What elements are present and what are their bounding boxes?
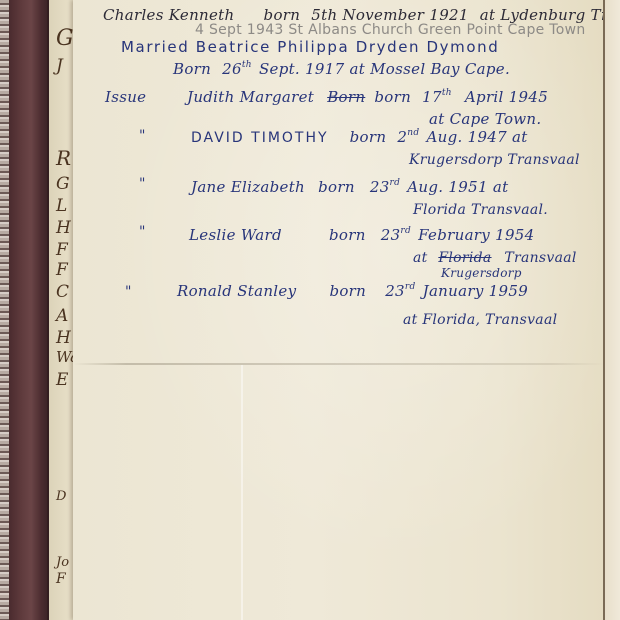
child-entry-4: Leslie Ward born 23rd February 1954: [189, 226, 535, 244]
marriage-line: Married Beatrice Philippa Dryden Dymond: [121, 38, 499, 56]
day-suffix: rd: [400, 226, 411, 236]
day: 23: [381, 226, 401, 244]
script-letter: C: [56, 284, 69, 301]
day: 26: [222, 60, 242, 78]
child-entry-2: DAVID TIMOTHY born 2nd Aug. 1947 at: [191, 128, 528, 146]
script-letter: E: [56, 372, 68, 389]
day-suffix: rd: [405, 282, 416, 292]
script-letter: G: [56, 28, 74, 50]
facing-page-edge: [605, 0, 620, 620]
script-letter: G: [56, 176, 70, 193]
marriage-pencil-note: 4 Sept 1943 St Albans Church Green Point…: [195, 22, 586, 38]
script-letter: F: [56, 572, 66, 586]
script-letter: J: [56, 58, 63, 75]
child-entry-5: Ronald Stanley born 23rd January 1959: [177, 282, 528, 300]
child-name: Ronald Stanley: [177, 282, 296, 300]
born-label: born: [350, 128, 387, 146]
ditto-mark: ": [139, 176, 146, 192]
spouse-birth-details: Sept. 1917 at Mossel Bay Cape.: [259, 60, 510, 78]
script-letter: H: [56, 330, 71, 347]
day: 23: [385, 282, 405, 300]
struck-word: Born: [327, 88, 365, 106]
day: 2: [397, 128, 407, 146]
fold-crease-horizontal: [73, 363, 605, 365]
child-1-place: at Cape Town.: [429, 110, 541, 128]
script-letter: D: [56, 490, 66, 503]
place-prefix: at: [413, 250, 428, 266]
born-label: born: [329, 226, 366, 244]
day-suffix: rd: [390, 178, 401, 188]
ditto-mark: ": [139, 224, 146, 240]
birth-place: Transvaal: [504, 250, 576, 266]
birth-date: February 1954: [418, 226, 534, 244]
child-name: Judith Margaret: [187, 88, 314, 106]
fold-crease-vertical: [241, 365, 243, 620]
script-letter: Jo: [56, 556, 69, 569]
day-suffix: th: [242, 60, 252, 70]
birth-date: January 1959: [423, 282, 528, 300]
day: 23: [370, 178, 390, 196]
book-photo: G J R G L H F F C A H Wa E D Jo F Charle…: [0, 0, 620, 620]
day-suffix: th: [442, 88, 452, 98]
child-3-place: Florida Transvaal.: [413, 202, 548, 218]
born-label: Born: [173, 60, 211, 78]
ditto-mark: ": [139, 128, 146, 144]
child-name: Leslie Ward: [189, 226, 282, 244]
child-name: Jane Elizabeth: [191, 178, 305, 196]
book-spine: [9, 0, 49, 620]
issue-label: Issue: [105, 88, 146, 106]
child-entry-3: Jane Elizabeth born 23rd Aug. 1951 at: [191, 178, 508, 196]
struck-place: Florida: [438, 250, 491, 266]
birth-date: April 1945: [465, 88, 548, 106]
born-label: born: [374, 88, 411, 106]
book-cloth-edge: [0, 0, 9, 620]
day-suffix: nd: [407, 128, 419, 138]
script-letter: H: [56, 220, 71, 237]
place-correction: Krugersdorp: [441, 266, 522, 280]
script-letter: F: [56, 262, 68, 279]
born-label: born: [318, 178, 355, 196]
child-name: DAVID TIMOTHY: [191, 130, 329, 146]
birth-date: Aug. 1951 at: [407, 178, 508, 196]
birth-date: Aug. 1947 at: [426, 128, 527, 146]
ditto-mark: ": [125, 284, 132, 300]
born-label: born: [329, 282, 366, 300]
child-5-place: at Florida, Transvaal: [403, 312, 557, 328]
spouse-birth-line: Born 26th Sept. 1917 at Mossel Bay Cape.: [173, 60, 510, 78]
child-4-place: at Florida Transvaal: [413, 250, 577, 266]
script-letter: R: [56, 148, 71, 168]
script-letter: L: [56, 198, 67, 215]
day: 17: [422, 88, 442, 106]
child-2-place: Krugersdorp Transvaal: [409, 152, 580, 168]
script-letter: F: [56, 242, 68, 259]
child-entry-1: Judith Margaret Born born 17th April 194…: [187, 88, 548, 106]
script-letter: A: [56, 308, 68, 325]
handwritten-sheet: Charles Kenneth born 5th November 1921 a…: [73, 0, 605, 620]
